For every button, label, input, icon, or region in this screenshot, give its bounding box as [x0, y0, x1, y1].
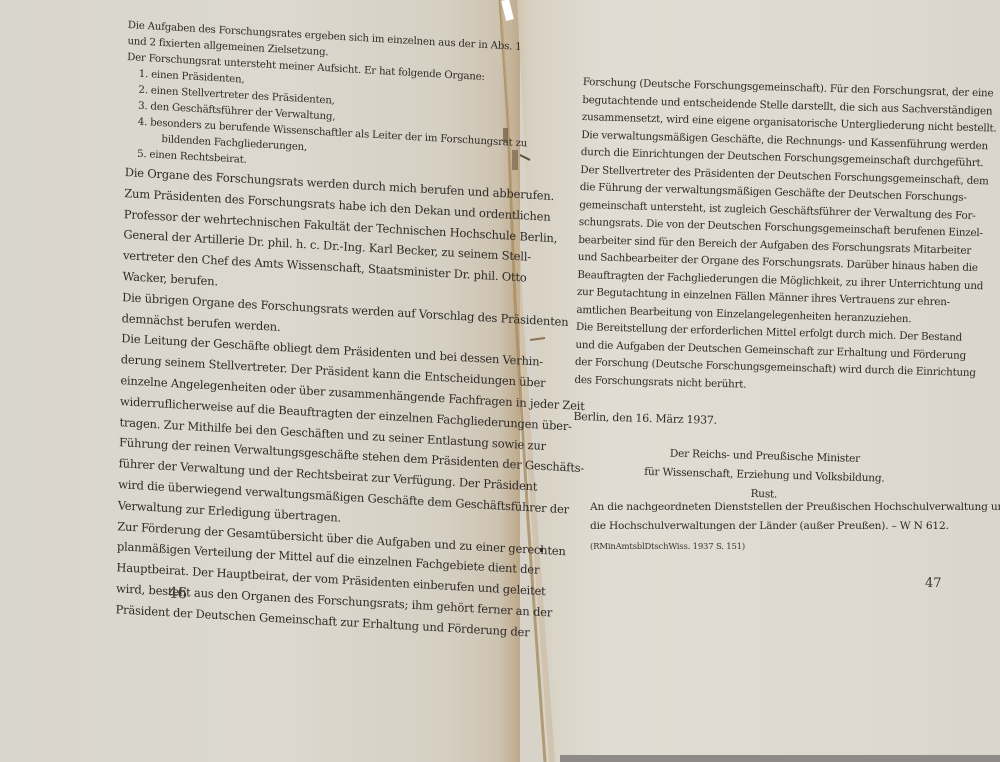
address-block: An die nachgeordneten Dienststellen der …: [590, 498, 1000, 536]
address-line: An die nachgeordneten Dienststellen der …: [590, 498, 1000, 517]
right-page-body: Forschung (Deutsche Forschungsgemeinscha…: [571, 74, 928, 508]
left-page-body: Die Aufgaben des Forschungsrates ergeben…: [115, 18, 502, 641]
citation: (RMinAmtsblDtschWiss. 1937 S. 151): [590, 542, 745, 552]
table-surface-edge: [560, 755, 1000, 762]
page-number-right: 47: [925, 576, 942, 591]
page-number-left: 46: [168, 584, 188, 603]
address-line: die Hochschulverwaltungen der Länder (au…: [590, 517, 1000, 536]
date-line: Berlin, den 16. März 1937.: [573, 408, 918, 435]
